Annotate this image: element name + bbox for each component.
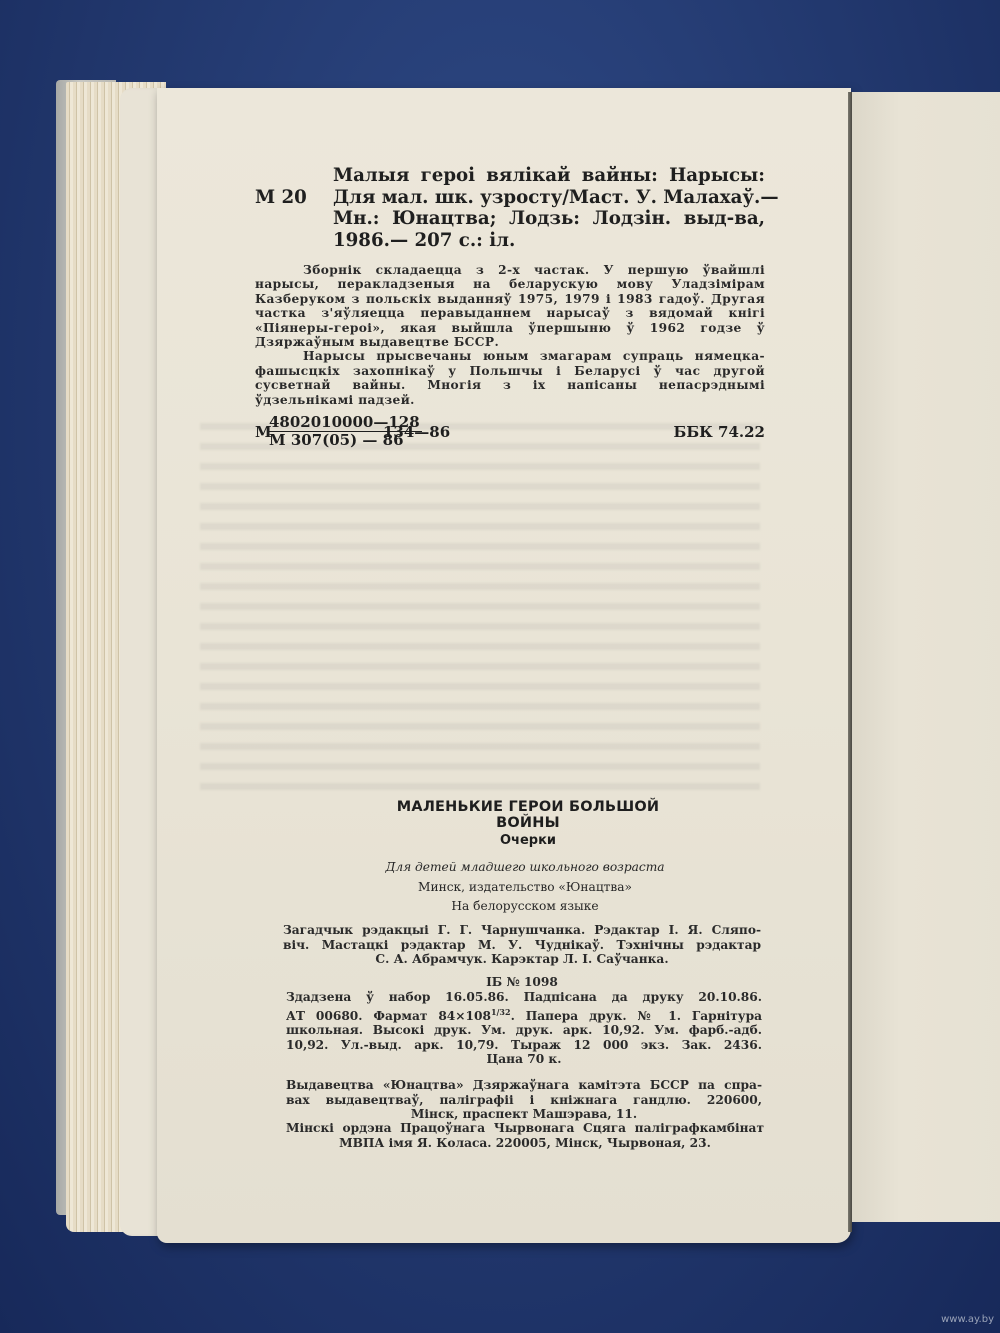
watermark: www.ay.by — [941, 1314, 994, 1325]
publisher-info: Выдавецтва «Юнацтва» Дзяржаўнага камітэт… — [286, 1078, 762, 1122]
bbk-code: ББК 74.22 — [674, 423, 765, 441]
bib-line: Малыя героі вялікай вайны: Нарысы: — [333, 165, 765, 187]
facing-page — [852, 92, 1000, 1222]
code-tail: 134—86 — [383, 423, 450, 441]
publisher-address: Мінск, праспект Машэрава, 11. — [286, 1107, 762, 1122]
tech-line: АТ 00680. Фармат 84×1081/32. Папера друк… — [286, 1005, 762, 1024]
annotation-paragraph: Зборнік складаецца з 2-х частак. У першу… — [255, 263, 765, 349]
price: Цана 70 к. — [286, 1052, 762, 1067]
russian-imprint: Для детей младшего школьного возраста Ми… — [330, 858, 720, 917]
bleed-through-text — [200, 410, 760, 790]
credits-line: Загадчык рэдакцыі Г. Г. Чарнушчанка. Рэд… — [283, 923, 761, 938]
printer-info: Мінскі ордэна Працоўнага Чырвонага Сцяга… — [286, 1121, 764, 1150]
publisher-line: вах выдавецтваў, паліграфіі і кніжнага г… — [286, 1093, 762, 1108]
bib-line: Для мал. шк. узросту/Маст. У. Малахаў.— — [333, 187, 765, 209]
bib-line: Мн.: Юнацтва; Лодзь: Лодзін. выд-ва, — [333, 208, 765, 230]
format-fraction: 1/32 — [491, 1007, 511, 1017]
classification-codes: М 4802010000—128 М 307(05) — 86 134—86 Б… — [255, 414, 765, 450]
ib-number: ІБ № 1098 — [283, 975, 761, 989]
technical-data: Здадзена ў набор 16.05.86. Падпісана да … — [286, 990, 762, 1067]
printer-line: МВПА імя Я. Коласа. 220005, Мінск, Чырво… — [286, 1136, 764, 1151]
credits-line: віч. Мастацкі рэдактар М. У. Чуднікаў. Т… — [283, 938, 761, 953]
publisher-line: Выдавецтва «Юнацтва» Дзяржаўнага камітэт… — [286, 1078, 762, 1093]
editorial-credits: Загадчык рэдакцыі Г. Г. Чарнушчанка. Рэд… — [283, 923, 761, 967]
annotation: Зборнік складаецца з 2-х частак. У першу… — [255, 263, 765, 407]
tech-line: Здадзена ў набор 16.05.86. Падпісана да … — [286, 990, 762, 1005]
russian-title: МАЛЕНЬКИЕ ГЕРОИ БОЛЬШОЙ ВОЙНЫ — [368, 799, 688, 831]
printer-line: Мінскі ордэна Працоўнага Чырвонага Сцяга… — [286, 1121, 764, 1136]
bib-line: 1986.— 207 с.: іл. — [333, 230, 765, 252]
bibliographic-record: М 20 Малыя героі вялікай вайны: Нарысы: … — [255, 165, 765, 251]
colophon-content: М 20 Малыя героі вялікай вайны: Нарысы: … — [255, 165, 765, 450]
annotation-paragraph: Нарысы прысвечаны юным змагарам супраць … — [255, 349, 765, 407]
author-mark: М 20 — [255, 187, 307, 209]
format-text: АТ 00680. Фармат 84×108 — [286, 1009, 491, 1023]
publisher-line: Минск, издательство «Юнацтва» — [330, 878, 720, 898]
credits-line: С. А. Абрамчук. Карэктар Л. І. Саўчанка. — [283, 952, 761, 967]
audience-line: Для детей младшего школьного возраста — [330, 858, 720, 878]
format-rest: . Папера друк. № 1. Гарнітура — [511, 1009, 762, 1023]
tech-line: школьная. Высокі друк. Ум. друк. арк. 10… — [286, 1023, 762, 1038]
language-line: На белорусском языке — [330, 897, 720, 917]
tech-line: 10,92. Ул.-выд. арк. 10,79. Тыраж 12 000… — [286, 1038, 762, 1053]
russian-subtitle: Очерки — [368, 833, 688, 848]
